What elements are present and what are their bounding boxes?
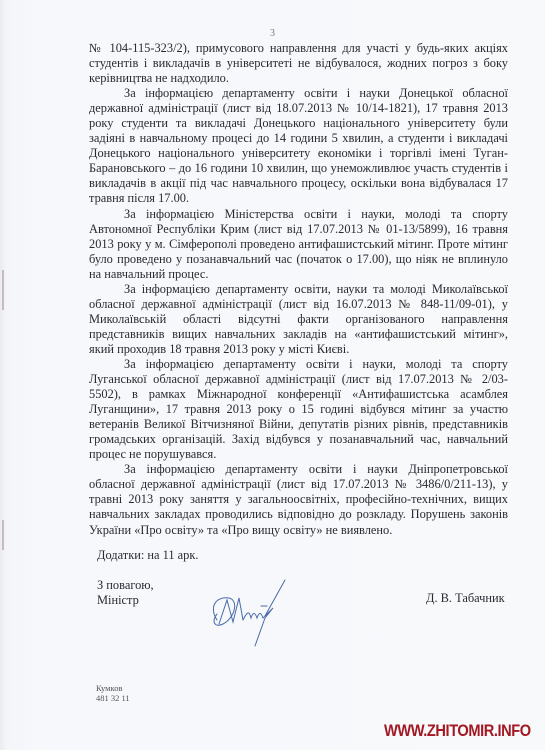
executor-phone: 481 32 11 [96,693,130,703]
paragraph: № 104-115-323/2), примусового направленн… [89,41,508,86]
document-page: 3 № 104-115-323/2), примусового направле… [0,0,545,750]
site-watermark: WWW.ZHITOMIR.INFO [384,721,531,741]
paragraph: За інформацією Міністерства освіти і нау… [89,207,508,282]
scan-edge-mark [2,270,4,310]
paragraph: За інформацією департаменту освіти і нау… [89,462,508,537]
signatory-name: Д. В. Табачник [426,591,505,606]
paragraph: За інформацією департаменту освіти, наук… [89,282,508,357]
handwritten-signature [205,578,305,650]
closing-block: З повагою, Міністр [97,578,154,608]
page-number: 3 [0,28,545,39]
paragraph: За інформацією департаменту освіти і нау… [89,357,508,462]
paragraph: За інформацією департаменту освіти і нау… [89,86,508,206]
closing-salutation: З повагою, [97,578,154,593]
letter-body: № 104-115-323/2), примусового направленн… [89,41,508,538]
signatory-title: Міністр [97,593,154,608]
executor-block: Кумков 481 32 11 [96,683,130,703]
scan-edge-mark [2,520,4,550]
executor-name: Кумков [96,683,130,693]
annex-note: Додатки: на 11 арк. [97,548,198,563]
